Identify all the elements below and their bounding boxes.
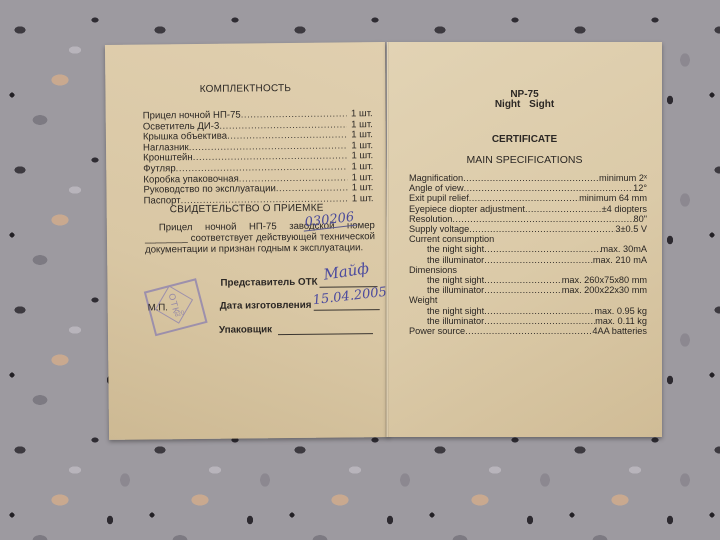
spec-row: the night sightmax. 0.95 kg (409, 306, 647, 316)
leader-dots (469, 193, 579, 203)
spec-row: the night sightmax. 30mA (409, 244, 647, 254)
spec-row: the illuminatormax. 0.11 kg (409, 316, 647, 326)
packer-line (278, 322, 373, 335)
spec-value: 4AA batteries (592, 326, 647, 336)
spec-value: max. 0.11 kg (595, 316, 647, 326)
manufacture-date-label: Дата изготовления (220, 300, 312, 312)
spec-name: Supply voltage (409, 224, 469, 234)
spec-group-heading: Dimensions (409, 265, 647, 275)
kit-title: КОМПЛЕКТНОСТЬ (105, 82, 385, 96)
spec-name: the night sight (409, 244, 484, 254)
leader-dots (484, 275, 562, 285)
spec-name: the night sight (409, 306, 484, 316)
spec-name: Exit pupil relief (409, 193, 469, 203)
leader-dots (452, 214, 633, 224)
spec-row: Resolution80" (409, 214, 647, 224)
spec-name: Power source (409, 326, 465, 336)
spec-value: minimum 64 mm (579, 193, 647, 203)
spec-group-name: Current consumption (409, 234, 647, 244)
spec-name: the illuminator (409, 285, 484, 295)
spec-row: Supply voltage3±0.5 V (409, 224, 647, 234)
spec-name: the night sight (409, 275, 484, 285)
spec-name: Magnification (409, 173, 463, 183)
spec-value: max. 0.95 kg (594, 306, 647, 316)
leader-dots (469, 224, 615, 234)
leader-dots (484, 285, 562, 295)
spec-row: the night sightmax. 260x75x80 mm (409, 275, 647, 285)
spec-value: 3±0.5 V (615, 224, 647, 234)
leader-dots (525, 204, 602, 214)
spec-name: the illuminator (409, 316, 484, 326)
spec-group-name: Dimensions (409, 265, 647, 275)
spec-row: Angle of view12° (409, 183, 647, 193)
spec-name: Eyepiece diopter adjustment (409, 204, 525, 214)
spec-row: Power source4AA batteries (409, 326, 647, 336)
right-page: NP-75 Night Sight CERTIFICATE MAIN SPECI… (387, 42, 662, 437)
spec-value: max. 30mA (601, 244, 647, 254)
stamp-code: 820 (174, 310, 185, 318)
certificate-title: CERTIFICATE (387, 134, 662, 145)
specifications-title: MAIN SPECIFICATIONS (387, 154, 662, 166)
stamp-place-label: М.П. (148, 302, 168, 313)
spec-name: Angle of view (409, 183, 464, 193)
leader-dots (484, 255, 593, 265)
booklet-spine (385, 42, 389, 437)
leader-dots (465, 326, 592, 336)
leader-dots (464, 183, 633, 193)
spec-name: Resolution (409, 214, 452, 224)
spec-row: Eyepiece diopter adjustment±4 diopters (409, 204, 647, 214)
spec-group-heading: Weight (409, 295, 647, 305)
spec-value: max. 260x75x80 mm (562, 275, 647, 285)
spec-value: ±4 diopters (602, 204, 647, 214)
leader-dots (484, 306, 594, 316)
spec-name: the illuminator (409, 255, 484, 265)
otk-label: Представитель ОТК (220, 277, 317, 289)
spec-row: the illuminatormax. 200x22x30 mm (409, 285, 647, 295)
leader-dots (276, 184, 348, 195)
kit-list: Прицел ночной НП-751 шт.Осветитель ДИ-31… (143, 109, 374, 207)
spec-value: 12° (633, 183, 647, 193)
packer-label: Упаковщик (219, 324, 272, 336)
leader-dots (463, 173, 599, 183)
spec-row: the illuminatormax. 210 mA (409, 255, 647, 265)
spec-group-name: Weight (409, 295, 647, 305)
packer-row: Упаковщик (219, 322, 373, 336)
leader-dots (484, 316, 595, 326)
spec-value: minimum 2ˣ (599, 173, 647, 183)
spec-value: max. 210 mA (593, 255, 647, 265)
left-page: КОМПЛЕКТНОСТЬ Прицел ночной НП-751 шт.Ос… (105, 42, 389, 440)
spec-row: Magnificationminimum 2ˣ (409, 173, 647, 183)
product-name: Night Sight (387, 99, 662, 110)
passport-booklet: КОМПЛЕКТНОСТЬ Прицел ночной НП-751 шт.Ос… (107, 42, 662, 437)
specifications-list: Magnificationminimum 2ˣAngle of view12°E… (409, 173, 647, 336)
spec-group-heading: Current consumption (409, 234, 647, 244)
spec-row: Exit pupil reliefminimum 64 mm (409, 193, 647, 203)
spec-value: 80" (634, 214, 647, 224)
leader-dots (484, 244, 600, 254)
spec-value: max. 200x22x30 mm (562, 285, 647, 295)
